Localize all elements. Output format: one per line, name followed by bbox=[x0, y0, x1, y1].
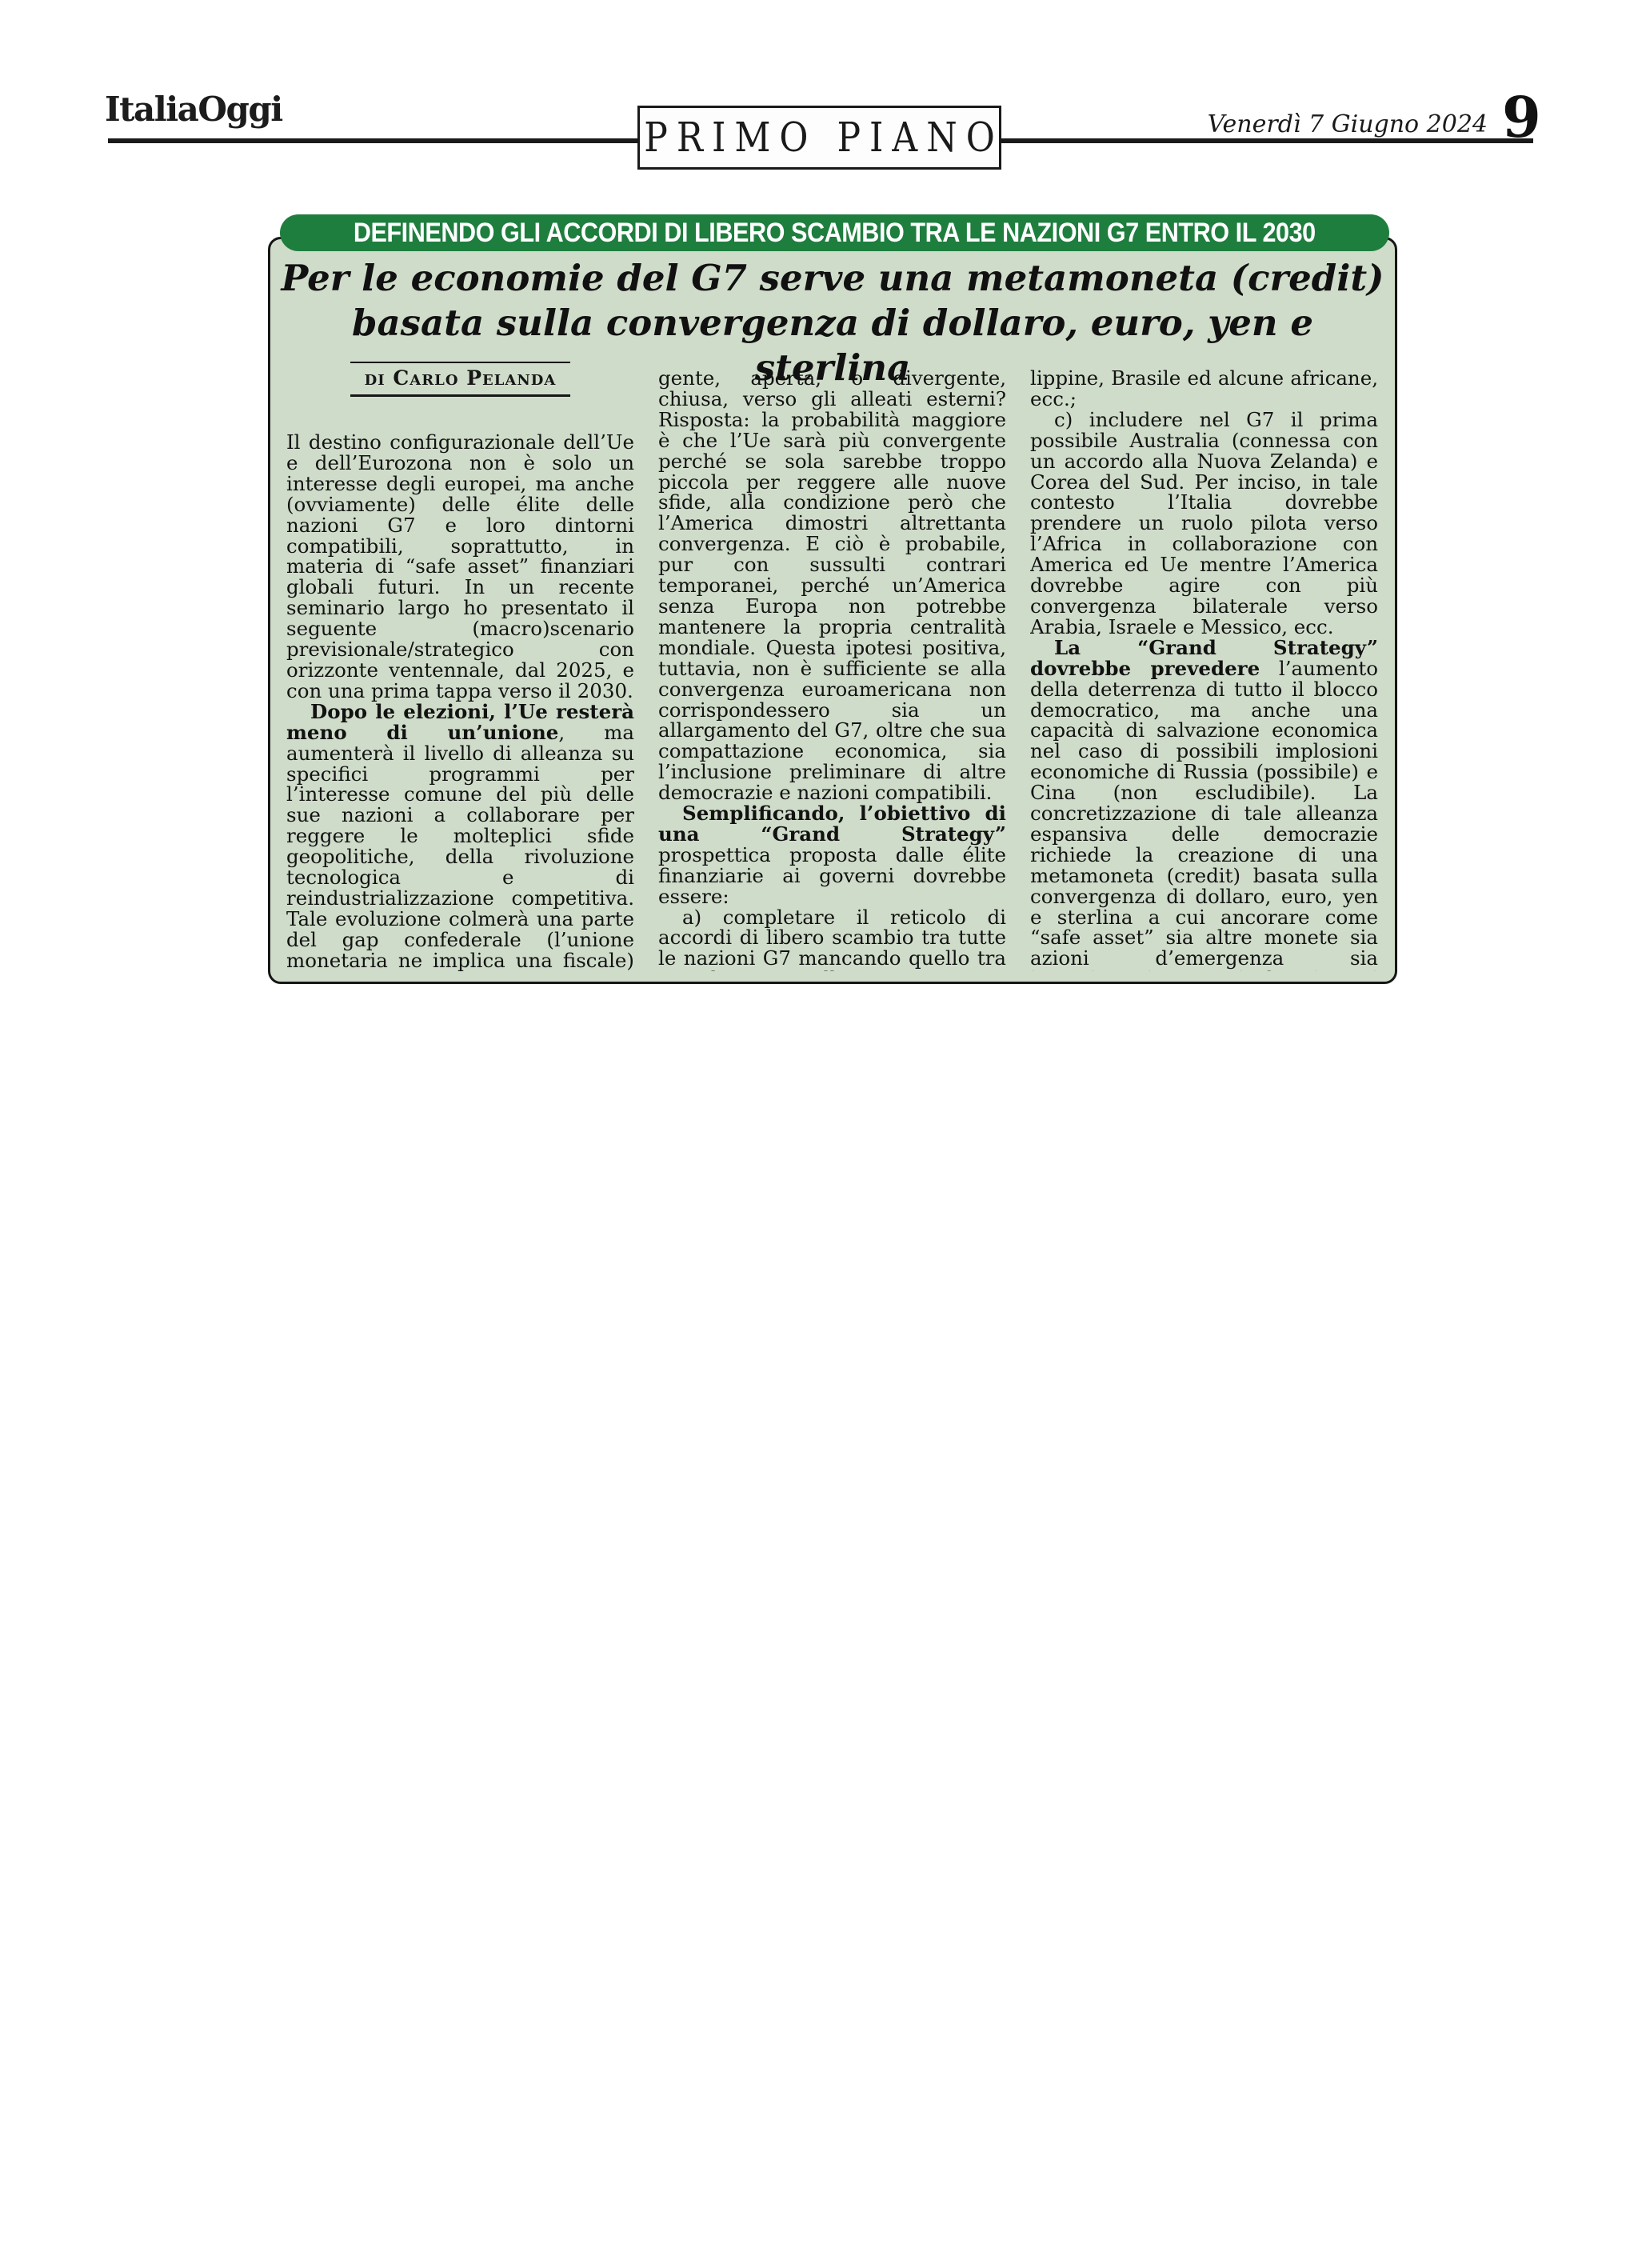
paragraph: gente, aperta, o divergente, chiusa, ver… bbox=[658, 368, 1006, 803]
byline: di Carlo Pelanda bbox=[286, 362, 634, 397]
newspaper-page: ItaliaOggi PRIMO PIANO Venerdì 7 Giugno … bbox=[0, 0, 1638, 2268]
paragraph-lead-bold: Dopo le elezioni, l’Ue resterà meno di u… bbox=[286, 700, 634, 744]
newspaper-logo: ItaliaOggi bbox=[105, 93, 282, 126]
section-title: PRIMO PIANO bbox=[635, 114, 1004, 161]
paragraph: lippine, Brasile ed alcune africane, ecc… bbox=[1030, 368, 1378, 410]
paragraph: a) completare il reticolo di accordi di … bbox=[658, 907, 1006, 971]
paragraph: c) includere nel G7 il prima possibile A… bbox=[1030, 410, 1378, 638]
section-title-box: PRIMO PIANO bbox=[637, 106, 1001, 170]
headline-line-1: Per le economie del G7 serve una metamon… bbox=[282, 257, 1384, 299]
paragraph: Semplificando, l’obiettivo di una “Grand… bbox=[658, 803, 1006, 907]
article-column: lippine, Brasile ed alcune africane, ecc… bbox=[1030, 368, 1378, 971]
article-column: Il destino configurazionale dell’Ue e de… bbox=[286, 432, 634, 971]
article-column: gente, aperta, o divergente, chiusa, ver… bbox=[658, 368, 1006, 971]
paragraph: La “Grand Strategy” dovrebbe prevedere l… bbox=[1030, 638, 1378, 971]
byline-author: di Carlo Pelanda bbox=[350, 362, 571, 397]
paragraph: Il destino configurazionale dell’Ue e de… bbox=[286, 432, 634, 702]
paragraph-lead-bold: Semplificando, l’obiettivo di una “Grand… bbox=[658, 802, 1006, 846]
page-date: Venerdì 7 Giugno 2024 bbox=[1208, 110, 1488, 138]
kicker-banner: DEFINENDO GLI ACCORDI DI LIBERO SCAMBIO … bbox=[280, 214, 1389, 251]
paragraph-lead-bold: La “Grand Strategy” dovrebbe prevedere bbox=[1030, 636, 1378, 680]
kicker-text: DEFINENDO GLI ACCORDI DI LIBERO SCAMBIO … bbox=[354, 218, 1316, 249]
page-number: 9 bbox=[1502, 90, 1541, 146]
paragraph: Dopo le elezioni, l’Ue resterà meno di u… bbox=[286, 702, 634, 971]
